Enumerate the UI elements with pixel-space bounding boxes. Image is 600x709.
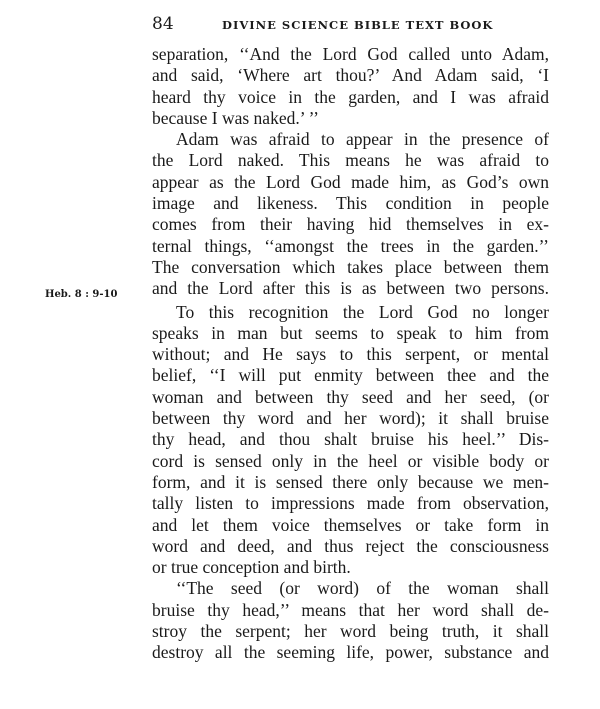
text-line: separation, ‘‘And the Lord God called un… [152, 44, 549, 65]
text-line: form, and it is sensed there only becaus… [152, 472, 549, 493]
text-line: tally listen to impressions made from ob… [152, 493, 549, 514]
text-line: ‘‘The seed (or word) of the woman shall [152, 578, 549, 599]
paragraph-4: ‘‘The seed (or word) of the woman shall … [152, 578, 549, 663]
text-line: or true conception and birth. [152, 557, 549, 578]
text-line: belief, ‘‘I will put enmity between thee… [152, 365, 549, 386]
text-line: heard thy voice in the garden, and I was… [152, 87, 549, 108]
text-line: bruise thy head,’’ means that her word s… [152, 600, 549, 621]
text-line: The conversation which takes place betwe… [152, 257, 549, 278]
text-line: To this recognition the Lord God no long… [152, 302, 549, 323]
page-header: 84 DIVINE SCIENCE BIBLE TEXT BOOK [152, 14, 552, 38]
text-line: image and likeness. This condition in pe… [152, 193, 549, 214]
text-line: and the Lord after this is as between tw… [152, 278, 549, 299]
running-head: DIVINE SCIENCE BIBLE TEXT BOOK [222, 18, 493, 32]
text-line: Adam was afraid to appear in the presenc… [152, 129, 549, 150]
text-line: because I was naked.’ ’’ [152, 108, 549, 129]
text-line: comes from their having hid themselves i… [152, 214, 549, 235]
text-line: the Lord naked. This means he was afraid… [152, 150, 549, 171]
text-line: destroy all the seeming life, power, sub… [152, 642, 549, 663]
text-line: appear as the Lord God made him, as God’… [152, 172, 549, 193]
text-line: stroy the serpent; her word being truth,… [152, 621, 549, 642]
text-line: and said, ‘Where art thou?’ And Adam sai… [152, 65, 549, 86]
margin-note-reference: Heb. 8 : 9-10 [45, 289, 117, 300]
body-text: separation, ‘‘And the Lord God called un… [152, 44, 549, 664]
paragraph-3: To this recognition the Lord God no long… [152, 302, 549, 579]
text-line: ternal things, ‘‘amongst the trees in th… [152, 236, 549, 257]
page-number: 84 [152, 14, 174, 34]
text-line: cord is sensed only in the heel or visib… [152, 451, 549, 472]
text-line: thy head, and thou shalt bruise his heel… [152, 429, 549, 450]
text-line: without; and He says to this serpent, or… [152, 344, 549, 365]
text-line: woman and between thy seed and her seed,… [152, 387, 549, 408]
text-line: word and deed, and thus reject the consc… [152, 536, 549, 557]
paragraph-1: separation, ‘‘And the Lord God called un… [152, 44, 549, 129]
text-line: speaks in man but seems to speak to him … [152, 323, 549, 344]
text-line: between thy word and her word); it shall… [152, 408, 549, 429]
paragraph-2: Adam was afraid to appear in the presenc… [152, 129, 549, 299]
text-line: and let them voice themselves or take fo… [152, 515, 549, 536]
